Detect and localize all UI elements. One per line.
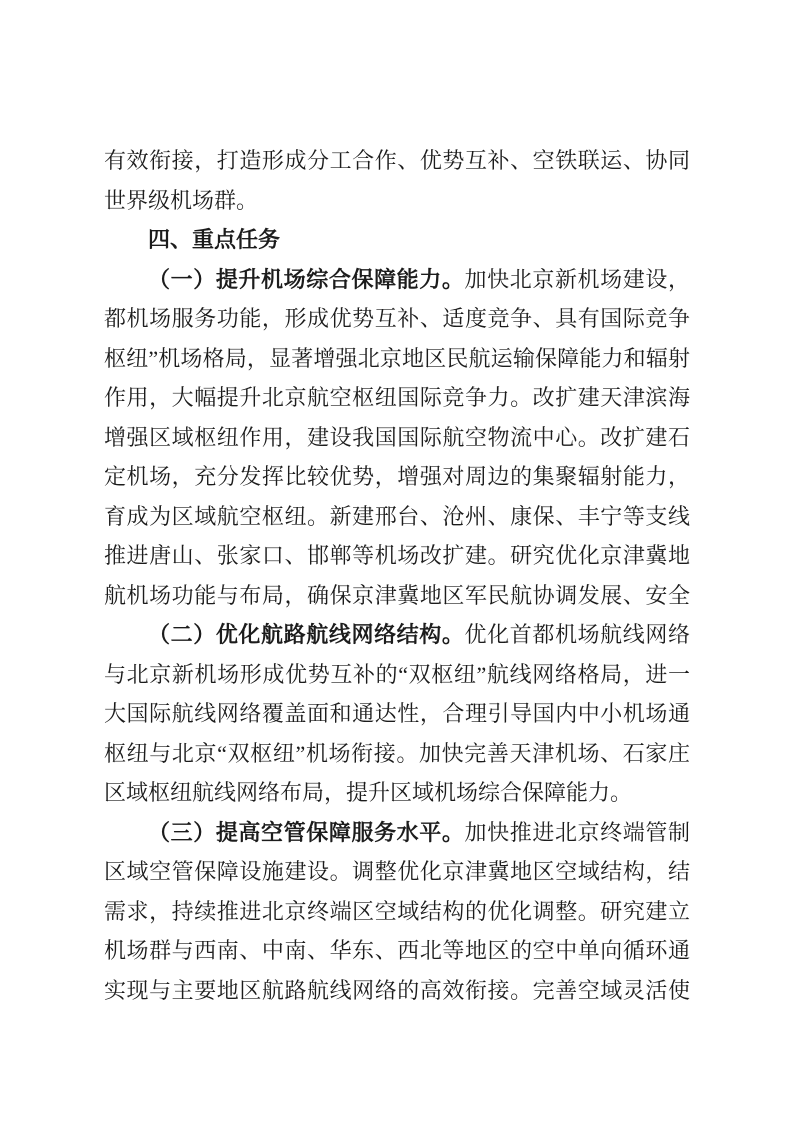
- body-text-segment: 枢纽与北京“双枢纽”机场衔接。加快完善天津机场、石家庄机场: [104, 741, 690, 774]
- body-text-segment: 世界级机场群。: [104, 188, 258, 213]
- body-text-segment: 航机场功能与布局，确保京津冀地区军民航协调发展、安全运行。: [104, 583, 690, 616]
- text-line: 推进唐山、张家口、邯郸等机场改扩建。研究优化京津冀地区军民: [104, 536, 690, 576]
- body-text-segment: 机场群与西南、中南、华东、西北等地区的空中单向循环通道建设，: [104, 938, 690, 971]
- text-line: 与北京新机场形成优势互补的“双枢纽”航线网络格局，进一步扩: [104, 655, 690, 695]
- body-text-segment: 实现与主要地区航路航线网络的高效衔接。完善空域灵活使用机: [104, 978, 690, 1011]
- body-text-segment: 作用，大幅提升北京航空枢纽国际竞争力。改扩建天津滨海机场，: [104, 385, 690, 418]
- body-text-segment: 推进唐山、张家口、邯郸等机场改扩建。研究优化京津冀地区军民: [104, 543, 690, 576]
- text-line: 区域空管保障设施建设。调整优化京津冀地区空域结构，结合运行: [104, 852, 690, 892]
- text-line: 四、重点任务: [104, 220, 690, 260]
- body-text-segment: 需求，持续推进北京终端区空域结构的优化调整。研究建立京津冀: [104, 899, 690, 932]
- document-text-block: 有效衔接，打造形成分工合作、优势互补、空铁联运、协同发展的世界级机场群。四、重点…: [104, 141, 690, 1010]
- text-line: 区域枢纽航线网络布局，提升区域机场综合保障能力。: [104, 773, 690, 813]
- text-line: 枢纽与北京“双枢纽”机场衔接。加快完善天津机场、石家庄机场: [104, 734, 690, 774]
- body-text-segment: 区域枢纽航线网络布局，提升区域机场综合保障能力。: [104, 780, 632, 805]
- text-line: （三）提高空管保障服务水平。加快推进北京终端管制中心和: [104, 813, 690, 853]
- heading-segment: （三）提高空管保障服务水平。: [148, 820, 465, 845]
- body-text-segment: 都机场服务功能，形成优势互补、适度竞争、具有国际竞争力的“双: [104, 306, 690, 339]
- text-line: 世界级机场群。: [104, 181, 690, 221]
- heading-segment: （二）优化航路航线网络结构。: [148, 622, 465, 647]
- text-line: 育成为区域航空枢纽。新建邢台、沧州、康保、丰宁等支线机场。: [104, 497, 690, 537]
- body-text-segment: 枢纽”机场格局，显著增强北京地区民航运输保障能力和辐射带动: [104, 346, 690, 379]
- heading-segment: 四、重点任务: [148, 227, 280, 252]
- text-line: 定机场，充分发挥比较优势，增强对周边的集聚辐射能力，逐步培: [104, 457, 690, 497]
- body-text-segment: 定机场，充分发挥比较优势，增强对周边的集聚辐射能力，逐步培: [104, 464, 690, 497]
- text-line: 都机场服务功能，形成优势互补、适度竞争、具有国际竞争力的“双: [104, 299, 690, 339]
- body-text-segment: 增强区域枢纽作用，建设我国国际航空物流中心。改扩建石家庄正: [104, 425, 690, 458]
- text-line: 需求，持续推进北京终端区空域结构的优化调整。研究建立京津冀: [104, 892, 690, 932]
- document-page: 有效衔接，打造形成分工合作、优势互补、空铁联运、协同发展的世界级机场群。四、重点…: [0, 0, 793, 1122]
- text-line: 航机场功能与布局，确保京津冀地区军民航协调发展、安全运行。: [104, 576, 690, 616]
- text-line: 枢纽”机场格局，显著增强北京地区民航运输保障能力和辐射带动: [104, 339, 690, 379]
- text-line: 增强区域枢纽作用，建设我国国际航空物流中心。改扩建石家庄正: [104, 418, 690, 458]
- heading-segment: （一）提升机场综合保障能力。: [148, 267, 465, 292]
- body-text-segment: 大国际航线网络覆盖面和通达性，合理引导国内中小机场通过区域: [104, 701, 690, 734]
- body-text-segment: 有效衔接，打造形成分工合作、优势互补、空铁联运、协同发展的: [104, 148, 690, 181]
- text-line: （一）提升机场综合保障能力。加快北京新机场建设，完善首: [104, 260, 690, 300]
- text-line: 有效衔接，打造形成分工合作、优势互补、空铁联运、协同发展的: [104, 141, 690, 181]
- body-text-segment: 与北京新机场形成优势互补的“双枢纽”航线网络格局，进一步扩: [104, 662, 690, 695]
- text-line: 作用，大幅提升北京航空枢纽国际竞争力。改扩建天津滨海机场，: [104, 378, 690, 418]
- text-line: 大国际航线网络覆盖面和通达性，合理引导国内中小机场通过区域: [104, 694, 690, 734]
- text-line: 实现与主要地区航路航线网络的高效衔接。完善空域灵活使用机: [104, 971, 690, 1011]
- body-text-segment: 区域空管保障设施建设。调整优化京津冀地区空域结构，结合运行: [104, 859, 690, 892]
- body-text-segment: 育成为区域航空枢纽。新建邢台、沧州、康保、丰宁等支线机场。: [104, 504, 690, 537]
- text-line: 机场群与西南、中南、华东、西北等地区的空中单向循环通道建设，: [104, 931, 690, 971]
- text-line: （二）优化航路航线网络结构。优化首都机场航线网络结构，: [104, 615, 690, 655]
